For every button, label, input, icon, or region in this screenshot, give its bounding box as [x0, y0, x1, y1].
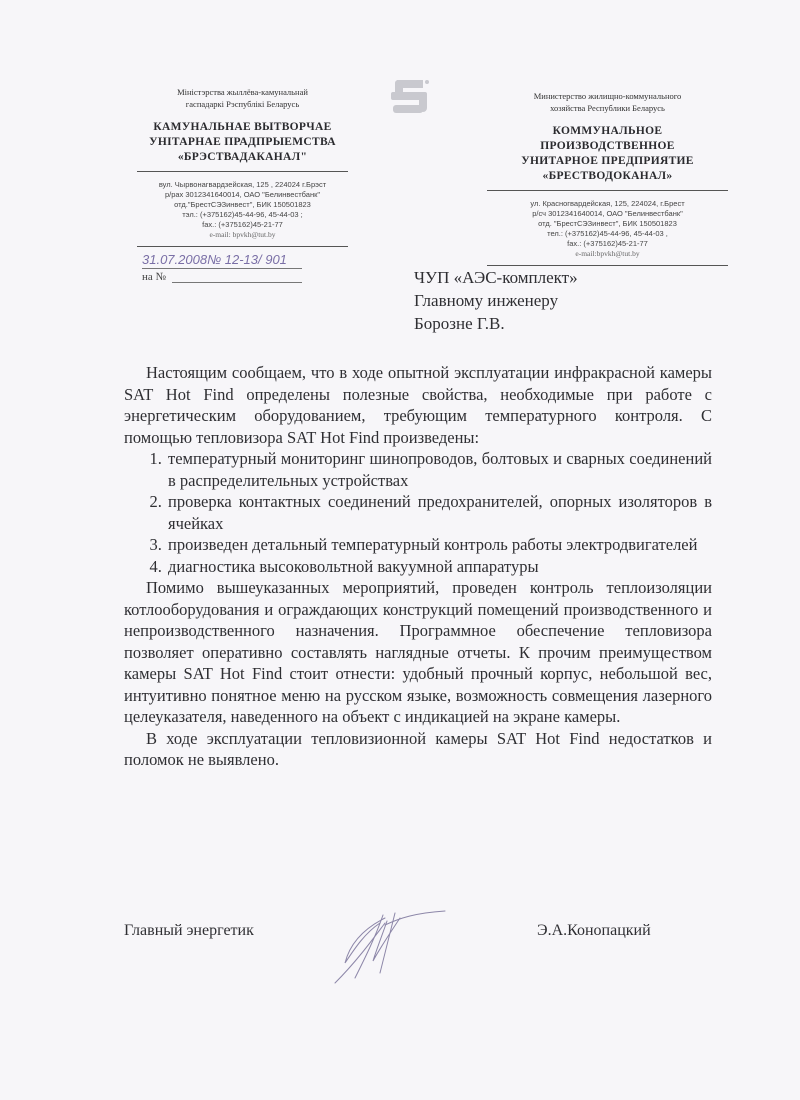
contact-details: вул. Чырвонагвардзейская, 125 , 224024 г… — [135, 180, 350, 240]
bank-branch: отд."БрестСЭЗинвест", БИК 150501823 — [135, 200, 350, 210]
org-line: КАМУНАЛЬНАЕ ВЫТВОРЧАЕ — [135, 120, 350, 135]
email: e-mail:bpvkh@tut.by — [485, 249, 730, 259]
ministry-line: гаспадаркі Рэспублікі Беларусь — [135, 98, 350, 110]
phone: тэл.: (+375162)45-44-96, 45-44-03 ; — [135, 210, 350, 220]
contact-details: ул. Красногвардейская, 125, 224024, г.Бр… — [485, 199, 730, 259]
ministry-line: Министерство жилищно-коммунального — [485, 90, 730, 102]
divider — [137, 171, 348, 172]
fax: fax.: (+375162)45-21-77 — [135, 220, 350, 230]
addressee-name: Борозне Г.В. — [414, 312, 578, 335]
bank-branch: отд. "БрестСЭЗинвест", БИК 150501823 — [485, 219, 730, 229]
org-line: КОММУНАЛЬНОЕ ПРОИЗВОДСТВЕННОЕ — [485, 124, 730, 154]
handwritten-signature-icon — [325, 903, 455, 988]
letter-body: Настоящим сообщаем, что в ходе опытной э… — [124, 362, 712, 771]
org-line: УНИТАРНОЕ ПРЕДПРИЯТИЕ — [485, 154, 730, 169]
fax: fax.: (+375162)45-21-77 — [485, 239, 730, 249]
divider — [137, 246, 348, 247]
address: вул. Чырвонагвардзейская, 125 , 224024 г… — [135, 180, 350, 190]
signatory-title: Главный энергетик — [124, 922, 254, 940]
list-item: диагностика высоковольтной вакуумной апп… — [166, 556, 712, 578]
letterhead-russian: Министерство жилищно-коммунального хозяй… — [485, 90, 730, 266]
registration-block: 31.07.2008№ 12-13/ 901 на № — [142, 252, 302, 283]
advantages-paragraph: Помимо вышеуказанных мероприятий, провед… — [124, 577, 712, 728]
work-list: температурный мониторинг шинопроводов, б… — [124, 448, 712, 577]
organization-name: КОММУНАЛЬНОЕ ПРОИЗВОДСТВЕННОЕ УНИТАРНОЕ … — [485, 124, 730, 184]
addressee-company: ЧУП «АЭС-комплект» — [414, 266, 578, 289]
signatory-name: Э.А.Конопацкий — [537, 922, 651, 940]
email: e-mail: bpvkh@tut.by — [135, 230, 350, 240]
divider — [487, 190, 728, 191]
reference-label: на № — [142, 271, 166, 283]
reference-number-line: на № — [142, 271, 302, 283]
list-item: проверка контактных соединений предохран… — [166, 491, 712, 534]
letterhead-belarusian: Міністэрства жыллёва-камунальнай гаспада… — [135, 86, 350, 247]
address: ул. Красногвардейская, 125, 224024, г.Бр… — [485, 199, 730, 209]
org-line: «БРЕСТВОДОКАНАЛ» — [485, 169, 730, 184]
ministry-line: Міністэрства жыллёва-камунальнай — [135, 86, 350, 98]
ministry-line: хозяйства Республики Беларусь — [485, 102, 730, 114]
list-item: температурный мониторинг шинопроводов, б… — [166, 448, 712, 491]
list-item: произведен детальный температурный контр… — [166, 534, 712, 556]
conclusion-paragraph: В ходе эксплуатации тепловизионной камер… — [124, 728, 712, 771]
company-logo-icon — [383, 76, 433, 120]
bank-account: р/рах 3012341640014, ОАО "Белинвестбанк" — [135, 190, 350, 200]
reference-blank — [172, 271, 302, 283]
org-line: «БРЭСТВАДАКАНАЛ" — [135, 150, 350, 165]
intro-paragraph: Настоящим сообщаем, что в ходе опытной э… — [124, 362, 712, 448]
ministry-name: Министерство жилищно-коммунального хозяй… — [485, 90, 730, 114]
phone: тел.: (+375162)45-44-96, 45-44-03 , — [485, 229, 730, 239]
ministry-name: Міністэрства жыллёва-камунальнай гаспада… — [135, 86, 350, 110]
org-line: УНІТАРНАЕ ПРАДПРЫЕМСТВА — [135, 135, 350, 150]
outgoing-date-number: 31.07.2008№ 12-13/ 901 — [142, 252, 302, 269]
addressee-position: Главному инженеру — [414, 289, 578, 312]
bank-account: р/сч 3012341640014, ОАО "Белинвестбанк" — [485, 209, 730, 219]
addressee-block: ЧУП «АЭС-комплект» Главному инженеру Бор… — [414, 266, 578, 335]
organization-name: КАМУНАЛЬНАЕ ВЫТВОРЧАЕ УНІТАРНАЕ ПРАДПРЫЕ… — [135, 120, 350, 165]
